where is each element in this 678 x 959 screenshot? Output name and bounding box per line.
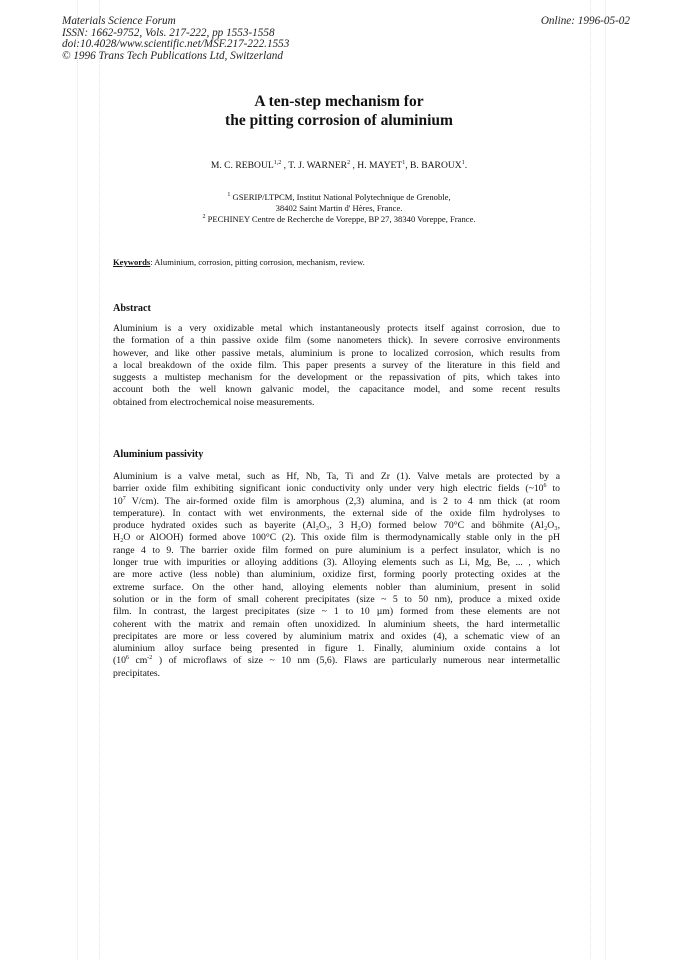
online-date: Online: 1996-05-02 <box>541 16 630 28</box>
paper-title: A ten-step mechanism for the pitting cor… <box>0 92 678 130</box>
journal-name: Materials Science Forum <box>62 16 289 28</box>
text-line: longer true with impurities or alloying … <box>113 557 560 569</box>
text-line: Aluminium is a very oxidizable metal whi… <box>113 323 560 335</box>
text-line: film. In contrast, the largest precipita… <box>113 606 560 618</box>
text-line: precipitates. <box>113 668 560 680</box>
text-line: however, and like other passive metals, … <box>113 348 560 360</box>
keywords-text: : Aluminium, corrosion, pitting corrosio… <box>150 257 365 267</box>
doi-line[interactable]: doi:10.4028/www.scientific.net/MSF.217-2… <box>62 39 289 51</box>
watermark-line <box>590 0 591 959</box>
affiliation-2: 2 PECHINEY Centre de Recherche de Vorepp… <box>0 214 678 225</box>
text-line: obtained from electrochemical noise meas… <box>113 397 560 409</box>
author-sep: . <box>465 160 467 171</box>
watermark-line <box>77 0 78 959</box>
abstract-heading: Abstract <box>113 303 151 314</box>
affiliation-1-line2: 38402 Saint Martin d' Hères, France. <box>0 203 678 214</box>
text-line: solution or in the form of small coheren… <box>113 594 560 606</box>
author-name: H. MAYET <box>357 160 402 171</box>
text-line: a local breakdown of the oxide film. Thi… <box>113 360 560 372</box>
journal-header: Materials Science Forum ISSN: 1662-9752,… <box>62 16 289 62</box>
text-line: precipitates are more or less covered by… <box>113 631 560 643</box>
text-line: aluminium alloy surface being presented … <box>113 643 560 655</box>
watermark-line <box>605 0 606 959</box>
affil-text: PECHINEY Centre de Recherche de Voreppe,… <box>205 214 475 224</box>
text-line: suggests a multistep mechanism for the d… <box>113 372 560 384</box>
affil-text: GSERIP/LTPCM, Institut National Polytech… <box>230 192 450 202</box>
text-line: barrier oxide film exhibiting significan… <box>113 483 560 495</box>
keywords: Keywords: Aluminium, corrosion, pitting … <box>113 257 365 267</box>
text-line: range 4 to 9. The barrier oxide film for… <box>113 545 560 557</box>
document-page: Materials Science Forum ISSN: 1662-9752,… <box>0 0 678 959</box>
author-name: T. J. WARNER <box>288 160 347 171</box>
section-body: Aluminium is a valve metal, such as Hf, … <box>113 471 560 680</box>
watermark-line <box>99 0 100 959</box>
text-line: account both the well known galvanic mod… <box>113 384 560 396</box>
text-line: Aluminium is a valve metal, such as Hf, … <box>113 471 560 483</box>
text-line: the formation of a thin passive oxide fi… <box>113 335 560 347</box>
abstract-body: Aluminium is a very oxidizable metal whi… <box>113 323 560 409</box>
author-name: M. C. REBOUL <box>211 160 274 171</box>
text-line: produce hydrated oxides such as bayerite… <box>113 520 560 532</box>
text-line: (106 cm-2 ) of microflaws of size ~ 10 n… <box>113 655 560 667</box>
copyright-line: © 1996 Trans Tech Publications Ltd, Swit… <box>62 51 289 63</box>
text-line: H₂O or AlOOH) formed above 100°C (2). Th… <box>113 532 560 544</box>
text-line: are more active (less noble) than alumin… <box>113 569 560 581</box>
section-heading-aluminium-passivity: Aluminium passivity <box>113 449 203 460</box>
affiliation-1: 1 GSERIP/LTPCM, Institut National Polyte… <box>0 192 678 203</box>
author-list: M. C. REBOUL1,2 , T. J. WARNER2 , H. MAY… <box>0 160 678 171</box>
title-line-1: A ten-step mechanism for <box>0 92 678 111</box>
author-name: B. BAROUX <box>410 160 462 171</box>
keywords-label: Keywords <box>113 257 150 267</box>
title-line-2: the pitting corrosion of aluminium <box>0 111 678 130</box>
text-line: temperature). In contact with wet enviro… <box>113 508 560 520</box>
text-line: coherent with the matrix and remain ofte… <box>113 619 560 631</box>
affiliations: 1 GSERIP/LTPCM, Institut National Polyte… <box>0 192 678 225</box>
text-line: extreme surface. On the other hand, allo… <box>113 582 560 594</box>
text-line: 107 V/cm). The air-formed oxide film is … <box>113 496 560 508</box>
